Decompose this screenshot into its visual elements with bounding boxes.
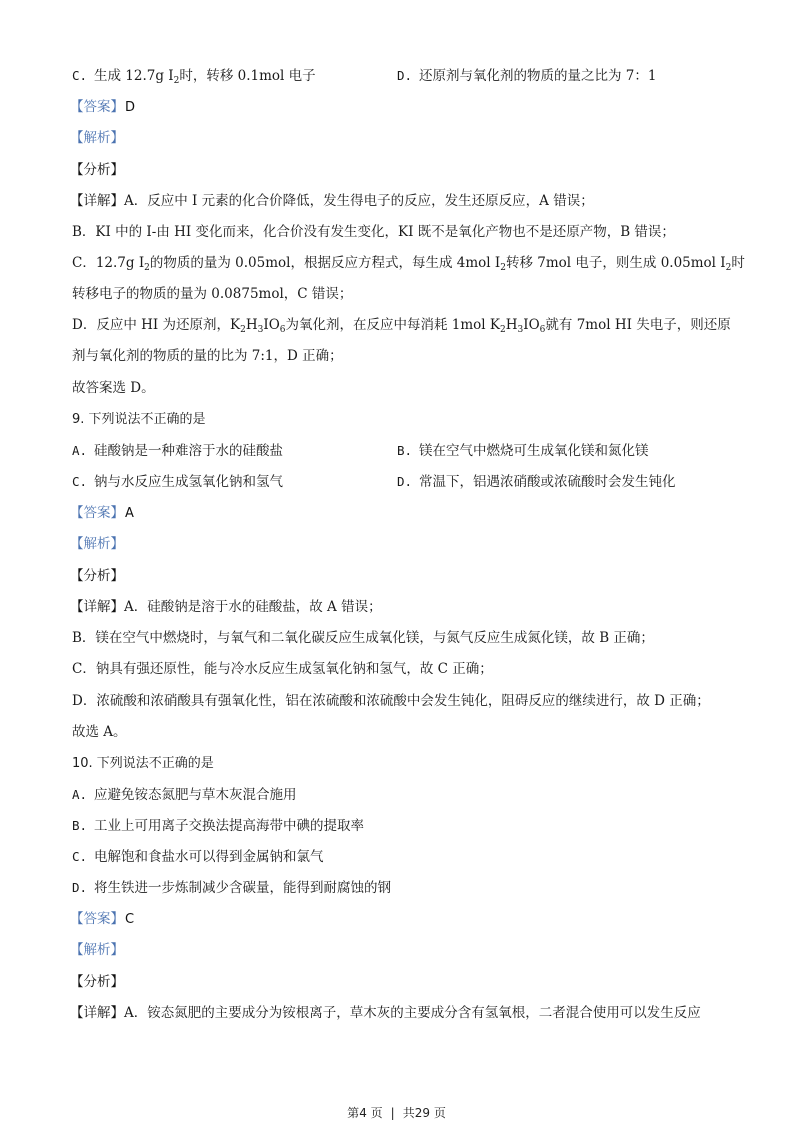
option-label: B.: [72, 817, 94, 835]
page-prefix: 第: [347, 1106, 359, 1120]
q10-option-b: B.工业上可用离子交换法提高海带中碘的提取率: [72, 817, 364, 835]
option-label: D.: [72, 879, 94, 897]
detail-text: 剂与氧化剂的物质的量的比为 7:1，D 正确；: [72, 348, 343, 364]
question-stem: 9. 下列说法不正确的是: [72, 412, 206, 427]
option-label: C.: [72, 848, 94, 866]
option-text: 应避免铵态氮肥与草木灰混合施用: [94, 787, 297, 803]
detail-text: A．硅酸钠是溶于水的硅酸盐，故 A 错误；: [124, 599, 382, 615]
total-suffix: 页: [430, 1106, 446, 1120]
answer-value: A: [125, 506, 134, 521]
option-text: 硅酸钠是一种难溶于水的硅酸盐: [94, 443, 283, 459]
detail-text: IO: [263, 317, 279, 333]
question-stem: 10. 下列说法不正确的是: [72, 756, 214, 771]
detail-text: D．浓硫酸和浓硝酸具有强氧化性，铝在浓硫酸和浓硫酸中会发生钝化，阻碍反应的继续进…: [72, 693, 710, 709]
detail-text: A．反应中 I 元素的化合价降低，发生得电子的反应，发生还原反应，A 错误；: [124, 193, 594, 209]
q8-option-d: D.还原剂与氧化剂的物质的量之比为 7：1: [397, 67, 656, 85]
fenxi-label: 【分析】: [70, 568, 124, 584]
option-label: C.: [72, 67, 94, 85]
detail-text: IO: [523, 317, 539, 333]
q9-option-a: A.硅酸钠是一种难溶于水的硅酸盐: [72, 442, 283, 460]
answer-label: 【答案】: [70, 911, 124, 927]
option-text: 常温下，铝遇浓硝酸或浓硫酸时会发生钝化: [419, 474, 676, 490]
q8-detail-c1: C．12.7g I2的物质的量为 0.05mol，根据反应方程式，每生成 4mo…: [72, 254, 723, 272]
q9-detail-d: D．浓硫酸和浓硝酸具有强氧化性，铝在浓硫酸和浓硫酸中会发生钝化，阻碍反应的继续进…: [72, 692, 723, 710]
q9-detail-a: 【详解】A．硅酸钠是溶于水的硅酸盐，故 A 错误；: [70, 598, 723, 616]
q9-option-c: C.钠与水反应生成氢氧化钠和氢气: [72, 473, 283, 491]
q8-conclusion: 故答案选 D。: [72, 379, 723, 397]
detail-text: C．12.7g I: [72, 255, 144, 271]
option-label: C.: [72, 473, 94, 491]
option-text: 钠与水反应生成氢氧化钠和氢气: [94, 474, 283, 490]
answer-value: D: [125, 100, 135, 115]
document-page: C.生成 12.7g I2时，转移 0.1mol 电子 D.还原剂与氧化剂的物质…: [0, 0, 793, 1122]
q10-option-d: D.将生铁进一步炼制减少含碳量，能得到耐腐蚀的钢: [72, 879, 391, 897]
fenxi-label: 【分析】: [70, 162, 124, 178]
option-text: 工业上可用离子交换法提高海带中碘的提取率: [94, 818, 364, 834]
detail-text: 的物质的量为 0.05mol，根据反应方程式，每生成 4mol I: [150, 255, 500, 271]
detail-text: H: [246, 317, 258, 333]
detail-text: C．钠具有强还原性，能与冷水反应生成氢氧化钠和氢气，故 C 正确；: [72, 661, 493, 677]
q8-answer: 【答案】D: [70, 98, 723, 117]
detail-label: 【详解】: [70, 1005, 124, 1021]
detail-text: 转移 7mol 电子，则生成 0.05mol I: [506, 255, 726, 271]
detail-text: B．镁在空气中燃烧时，与氧气和二氧化碳反应生成氧化镁，与氮气反应生成氮化镁，故 …: [72, 630, 654, 646]
option-text: 镁在空气中燃烧可生成氧化镁和氮化镁: [419, 443, 649, 459]
option-text: 还原剂与氧化剂的物质的量之比为 7：1: [419, 68, 656, 84]
page-total: 29: [415, 1106, 430, 1120]
detail-label: 【详解】: [70, 599, 124, 615]
option-label: A.: [72, 786, 94, 804]
answer-value: C: [125, 912, 134, 927]
page-current: 4: [359, 1106, 367, 1120]
detail-text: H: [506, 317, 518, 333]
q10-jiexi: 【解析】: [70, 941, 723, 959]
q8-detail-b: B．KI 中的 I-由 HI 变化而来，化合价没有发生变化，KI 既不是氧化产物…: [72, 223, 723, 241]
option-label: D.: [397, 67, 419, 85]
detail-label: 【详解】: [70, 193, 124, 209]
q8-detail-a: 【详解】A．反应中 I 元素的化合价降低，发生得电子的反应，发生还原反应，A 错…: [70, 192, 723, 210]
answer-label: 【答案】: [70, 99, 124, 115]
detail-text: B．KI 中的 I-由 HI 变化而来，化合价没有发生变化，KI 既不是氧化产物…: [72, 224, 675, 240]
answer-label: 【答案】: [70, 505, 124, 521]
q8-fenxi: 【分析】: [70, 161, 723, 179]
page-suffix: 页: [367, 1106, 383, 1120]
q8-detail-d2: 剂与氧化剂的物质的量的比为 7:1，D 正确；: [72, 347, 723, 365]
conclusion-text: 故答案选 D。: [72, 380, 155, 396]
option-text: 电解饱和食盐水可以得到金属钠和氯气: [94, 849, 324, 865]
q10-option-c: C.电解饱和食盐水可以得到金属钠和氯气: [72, 848, 324, 866]
q9-fenxi: 【分析】: [70, 567, 723, 585]
fenxi-label: 【分析】: [70, 974, 124, 990]
q9-detail-c: C．钠具有强还原性，能与冷水反应生成氢氧化钠和氢气，故 C 正确；: [72, 660, 723, 678]
q10-stem: 10. 下列说法不正确的是: [72, 754, 723, 773]
q10-answer: 【答案】C: [70, 910, 723, 929]
q10-option-a: A.应避免铵态氮肥与草木灰混合施用: [72, 786, 297, 804]
jiexi-label: 【解析】: [70, 536, 124, 552]
q9-option-d: D.常温下，铝遇浓硝酸或浓硫酸时会发生钝化: [397, 473, 676, 491]
option-label: D.: [397, 473, 419, 491]
total-prefix: 共: [403, 1106, 415, 1120]
q9-stem: 9. 下列说法不正确的是: [72, 410, 723, 429]
detail-text: D．反应中 HI 为还原剂，K: [72, 317, 240, 333]
detail-text: A．铵态氮肥的主要成分为铵根离子，草木灰的主要成分含有氢氧根，二者混合使用可以发…: [124, 1005, 701, 1021]
option-label: B.: [397, 442, 419, 460]
q9-conclusion: 故选 A。: [72, 723, 723, 741]
detail-text: 为氧化剂，在反应中每消耗 1mol K: [286, 317, 501, 333]
jiexi-label: 【解析】: [70, 130, 124, 146]
option-text: 生成 12.7g I: [94, 68, 174, 84]
detail-text: 转移电子的物质的量为 0.0875mol，C 错误；: [72, 286, 352, 302]
q9-detail-b: B．镁在空气中燃烧时，与氧气和二氧化碳反应生成氧化镁，与氮气反应生成氮化镁，故 …: [72, 629, 723, 647]
option-label: A.: [72, 442, 94, 460]
q8-detail-d1: D．反应中 HI 为还原剂，K2H3IO6为氧化剂，在反应中每消耗 1mol K…: [72, 316, 723, 334]
option-text: 时，转移 0.1mol 电子: [179, 68, 315, 84]
detail-text: 就有 7mol HI 失电子，则还原: [545, 317, 730, 333]
page-footer: 第4 页|共29 页: [0, 1104, 793, 1121]
q9-answer: 【答案】A: [70, 504, 723, 523]
q10-detail-a: 【详解】A．铵态氮肥的主要成分为铵根离子，草木灰的主要成分含有氢氧根，二者混合使…: [70, 1004, 723, 1022]
q9-jiexi: 【解析】: [70, 535, 723, 553]
q8-jiexi: 【解析】: [70, 129, 723, 147]
detail-text: 时: [731, 255, 745, 271]
q8-detail-c2: 转移电子的物质的量为 0.0875mol，C 错误；: [72, 285, 723, 303]
jiexi-label: 【解析】: [70, 942, 124, 958]
conclusion-text: 故选 A。: [72, 724, 127, 740]
q10-fenxi: 【分析】: [70, 973, 723, 991]
q9-option-b: B.镁在空气中燃烧可生成氧化镁和氮化镁: [397, 442, 649, 460]
option-text: 将生铁进一步炼制减少含碳量，能得到耐腐蚀的钢: [94, 880, 391, 896]
footer-separator: |: [391, 1106, 395, 1120]
q8-option-c: C.生成 12.7g I2时，转移 0.1mol 电子: [72, 67, 316, 85]
